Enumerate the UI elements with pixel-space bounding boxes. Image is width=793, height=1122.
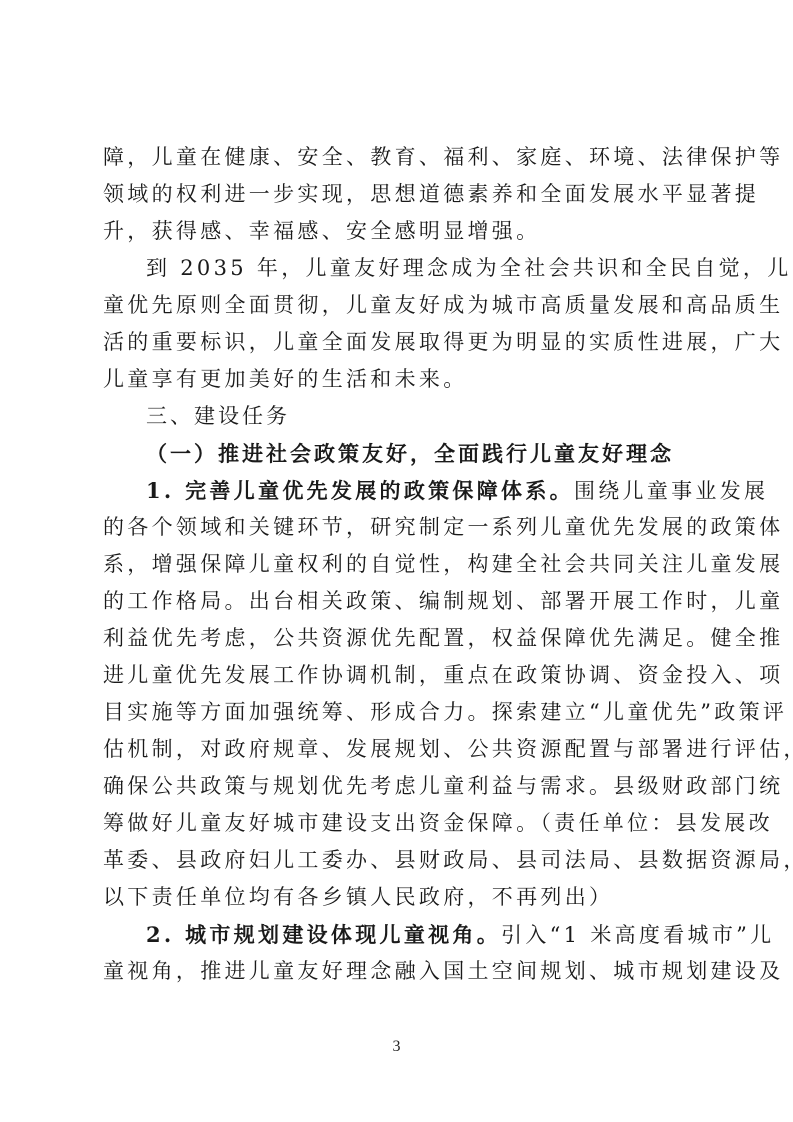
- paragraph-line: 到 2035 年，儿童友好理念成为全社会共识和全民自觉，儿: [146, 250, 693, 287]
- item-1-first-line: 1. 完善儿童优先发展的政策保障体系。围绕儿童事业发展: [146, 472, 693, 509]
- paragraph-line: 的各个领域和关键环节，研究制定一系列儿童优先发展的政策体: [103, 509, 693, 546]
- section-heading: 三、建设任务: [146, 398, 693, 435]
- paragraph-line: 革委、县政府妇儿工委办、县财政局、县司法局、县数据资源局，: [103, 842, 693, 879]
- paragraph-line: 活的重要标识，儿童全面发展取得更为明显的实质性进展，广大: [103, 324, 693, 361]
- paragraph-line: 目实施等方面加强统筹、形成合力。探索建立“儿童优先”政策评: [103, 694, 693, 731]
- paragraph-line: 童视角，推进儿童友好理念融入国土空间规划、城市规划建设及: [103, 953, 693, 990]
- paragraph-line: 的工作格局。出台相关政策、编制规划、部署开展工作时，儿童: [103, 583, 693, 620]
- paragraph-line: 童优先原则全面贯彻，儿童友好成为城市高质量发展和高品质生: [103, 287, 693, 324]
- paragraph-line: 进儿童优先发展工作协调机制，重点在政策协调、资金投入、项: [103, 657, 693, 694]
- item-2-first-line: 2. 城市规划建设体现儿童视角。引入“1 米高度看城市”儿: [146, 916, 693, 953]
- subsection-heading: （一）推进社会政策友好，全面践行儿童友好理念: [146, 435, 693, 472]
- paragraph-line: 筹做好儿童友好城市建设支出资金保障。（责任单位：县发展改: [103, 805, 693, 842]
- paragraph-line: 确保公共政策与规划优先考虑儿童利益与需求。县级财政部门统: [103, 768, 693, 805]
- paragraph-line: 估机制，对政府规章、发展规划、公共资源配置与部署进行评估，: [103, 731, 693, 768]
- item-1-title: 1. 完善儿童优先发展的政策保障体系。: [146, 478, 574, 503]
- paragraph-line: 系，增强保障儿童权利的自觉性，构建全社会共同关注儿童发展: [103, 546, 693, 583]
- paragraph-line: 利益优先考虑，公共资源优先配置，权益保障优先满足。健全推: [103, 620, 693, 657]
- item-2-text: 引入“1 米高度看城市”儿: [501, 923, 774, 947]
- paragraph-line: 儿童享有更加美好的生活和未来。: [103, 361, 693, 398]
- item-1-text: 围绕儿童事业发展: [574, 479, 768, 503]
- document-page: 障，儿童在健康、安全、教育、福利、家庭、环境、法律保护等 领域的权利进一步实现，…: [0, 0, 793, 1122]
- page-number: 3: [0, 1038, 793, 1056]
- item-2-title: 2. 城市规划建设体现儿童视角。: [146, 922, 501, 947]
- paragraph-line: 领域的权利进一步实现，思想道德素养和全面发展水平显著提: [103, 176, 693, 213]
- paragraph-line: 障，儿童在健康、安全、教育、福利、家庭、环境、法律保护等: [103, 139, 693, 176]
- paragraph-line: 以下责任单位均有各乡镇人民政府，不再列出）: [103, 879, 693, 916]
- paragraph-line: 升，获得感、幸福感、安全感明显增强。: [103, 213, 693, 250]
